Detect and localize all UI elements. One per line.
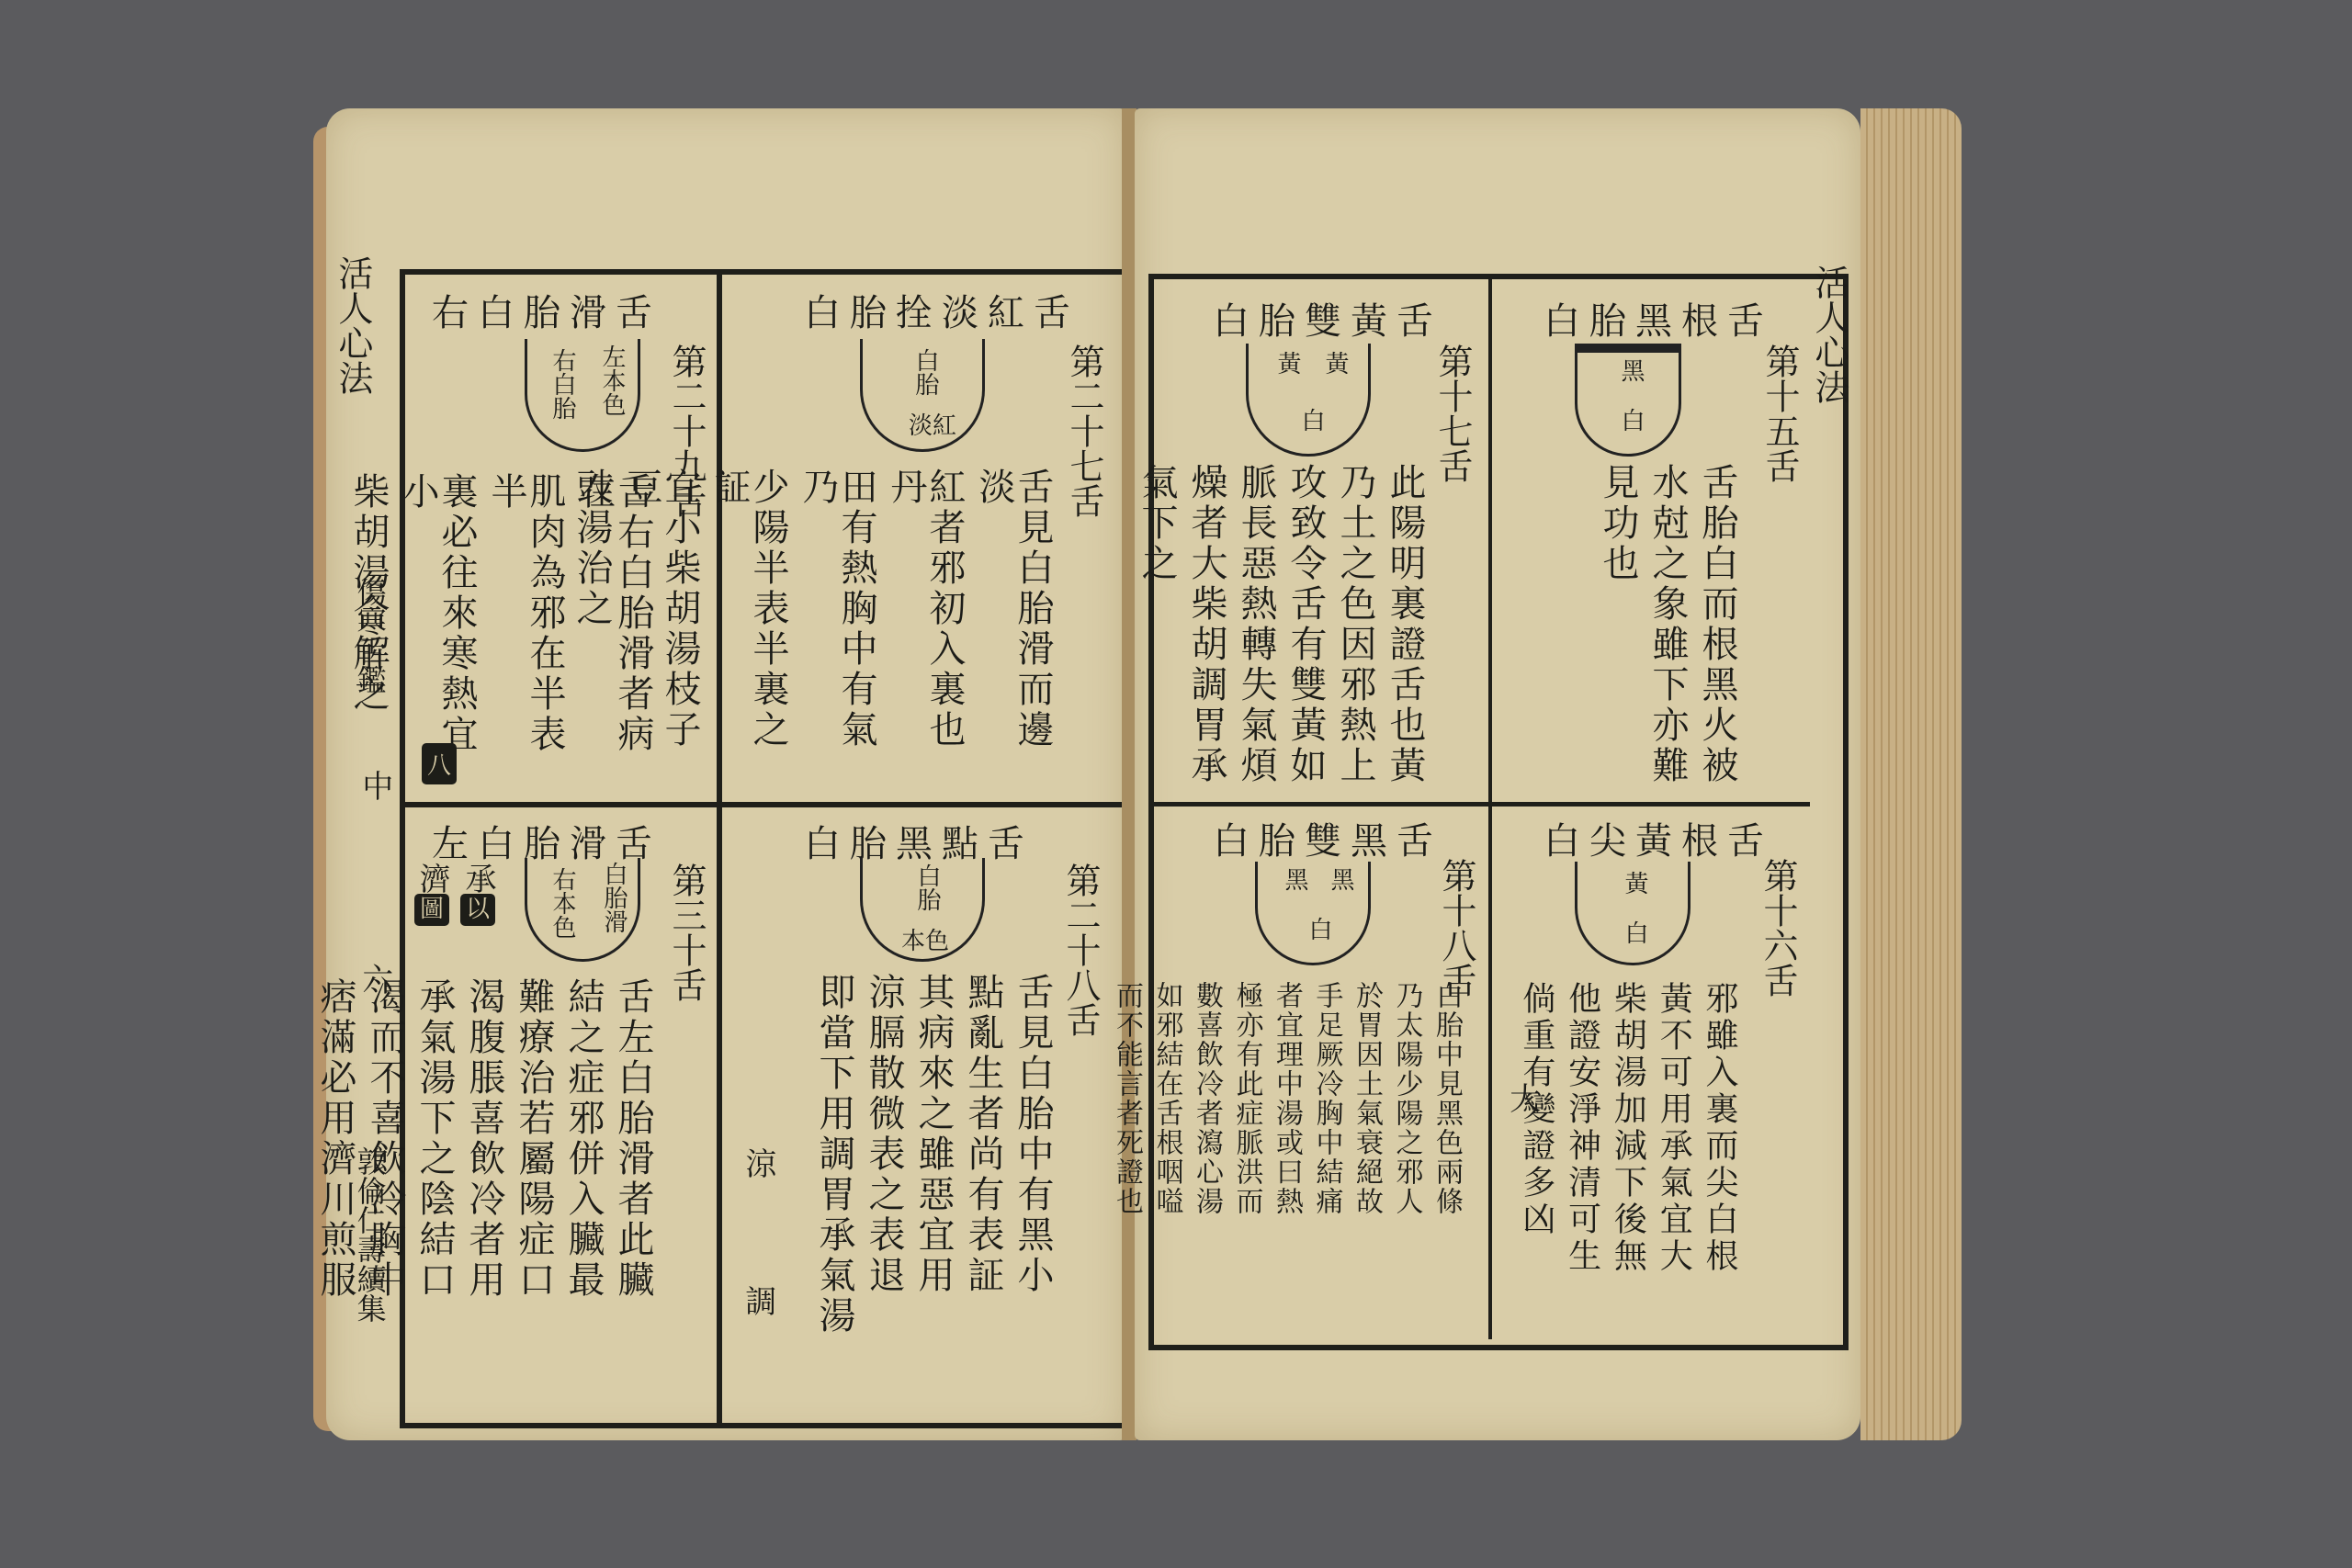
panel-title: 白胎黑根舌 (1543, 292, 1773, 344)
margin-book-title: 活人心法 (334, 255, 370, 395)
panel-text: 舌胎白而根黑火被水尅之象雖下亦難見功也 (1588, 463, 1736, 789)
panel-title: 白尖黃根舌 (1543, 812, 1773, 864)
prescription-label: 大 (1505, 1082, 1538, 1113)
tongue-number: 第三十舌 (667, 863, 704, 1002)
tongue-panel-30: 左白胎滑舌 第三十舌 右本色 白胎滑 濟圖 承以 舌左白胎滑者此臟結之症邪併入臟… (405, 807, 717, 1414)
tongue-number: 第十七舌 (1433, 344, 1470, 483)
right-page: 活人心法 白胎雙黃舌 第十七舌 黃 黃 白 此陽明裏證舌也黃乃土之色因邪熱上攻致… (1135, 108, 1860, 1440)
tongue-diagram: 黃 黃 白 (1246, 344, 1371, 457)
panel-text: 邪雖入裏而尖白根黃不可用承氣宜大柴胡湯加減下後無他證安淨神清可生倘重有變證多凶 (1508, 981, 1736, 1330)
panel-title: 白胎雙黃舌 (1213, 292, 1442, 344)
open-book: 活人心法 傷寒舌鑑 中 六 敦倫仁壽續集 右白胎滑舌 第二十九舌 右白胎 左本色… (326, 108, 1952, 1450)
panel-title: 白胎拴淡紅舌 (804, 284, 1080, 336)
margin-book-title: 活人心法 (1810, 265, 1847, 404)
seal-mark: 八 (422, 743, 457, 784)
tongue-number: 第二十七舌 (1065, 344, 1102, 518)
tongue-panel-17: 白胎雙黃舌 第十七舌 黃 黃 白 此陽明裏證舌也黃乃土之色因邪熱上攻致令舌有雙黃… (1154, 279, 1488, 802)
tongue-diagram: 白胎 淡紅 (860, 339, 985, 452)
tongue-panel-28: 白胎黑點舌 第二十八舌 白胎 本色 舌見白胎中有黑小點亂生者尚有表証其病來之雖惡… (722, 807, 1116, 1414)
tongue-panel-18: 白胎雙黑舌 第十八舌 黑 黑 白 白胎中見黑色兩條乃太陽少陽之邪人於胃因土氣衰絕… (1154, 807, 1488, 1339)
panel-text: 舌見白胎中有黑小點亂生者尚有表証其病來之雖惡宜用涼膈散微表之表退即當下用調胃承氣… (804, 973, 1052, 1395)
left-page: 活人心法 傷寒舌鑑 中 六 敦倫仁壽續集 右白胎滑舌 第二十九舌 右白胎 左本色… (326, 108, 1125, 1440)
book-edge-right (1860, 108, 1962, 1440)
panel-text: 此陽明裏證舌也黃乃土之色因邪熱上攻致令舌有雙黃如脈長惡熱轉失氣煩燥者大柴胡調胃承… (1126, 463, 1424, 789)
tongue-panel-27: 白胎拴淡紅舌 第二十七舌 白胎 淡紅 舌見白胎滑而邊淡紅者邪初入裏也丹田有熱胸中… (722, 275, 1116, 802)
tongue-diagram: 右本色 白胎滑 (525, 858, 640, 962)
tongue-diagram: 右白胎 左本色 (525, 339, 640, 452)
tongue-number: 第十五舌 (1760, 344, 1797, 483)
tongue-diagram: 黑 黑 白 (1255, 862, 1371, 965)
tongue-number: 第二十八舌 (1061, 863, 1098, 1037)
panel-text: 白胎中見黑色兩條乃太陽少陽之邪人於胃因土氣衰絕故手足厥冷胸中結痛者宜理中湯或曰熱… (1102, 981, 1462, 1330)
panel-text: 舌左白胎滑者此臟結之症邪併入臟最難療治若屬陽症口渴腹脹喜飲冷者用承氣湯下之陰結口… (305, 977, 652, 1400)
panel-title: 白胎雙黑舌 (1213, 812, 1442, 864)
tongue-diagram: 黃 白 (1575, 862, 1690, 965)
tongue-panel-15: 白胎黑根舌 第十五舌 黑 白 舌胎白而根黑火被水尅之象雖下亦難見功也 (1492, 279, 1810, 802)
prescription-label: 承以 (460, 863, 495, 926)
prescription-label: 涼 (741, 1147, 774, 1179)
tongue-number: 第十六舌 (1758, 858, 1795, 998)
tongue-number: 第十八舌 (1437, 858, 1474, 998)
panel-text: 舌見白胎滑而邊淡紅者邪初入裏也丹田有熱胸中有氣乃少陽半表半裏之証宜小柴胡湯枝子豆… (561, 468, 1052, 789)
prescription-label: 濟圖 (414, 863, 449, 926)
tongue-diagram: 白胎 本色 (860, 858, 985, 962)
prescription-label: 調 (741, 1285, 774, 1316)
panel-title: 右白胎滑舌 (432, 284, 661, 336)
tongue-panel-16: 白尖黃根舌 第十六舌 黃 白 邪雖入裏而尖白根黃不可用承氣宜大柴胡湯加減下後無他… (1492, 807, 1810, 1339)
tongue-diagram: 黑 白 (1575, 344, 1681, 457)
